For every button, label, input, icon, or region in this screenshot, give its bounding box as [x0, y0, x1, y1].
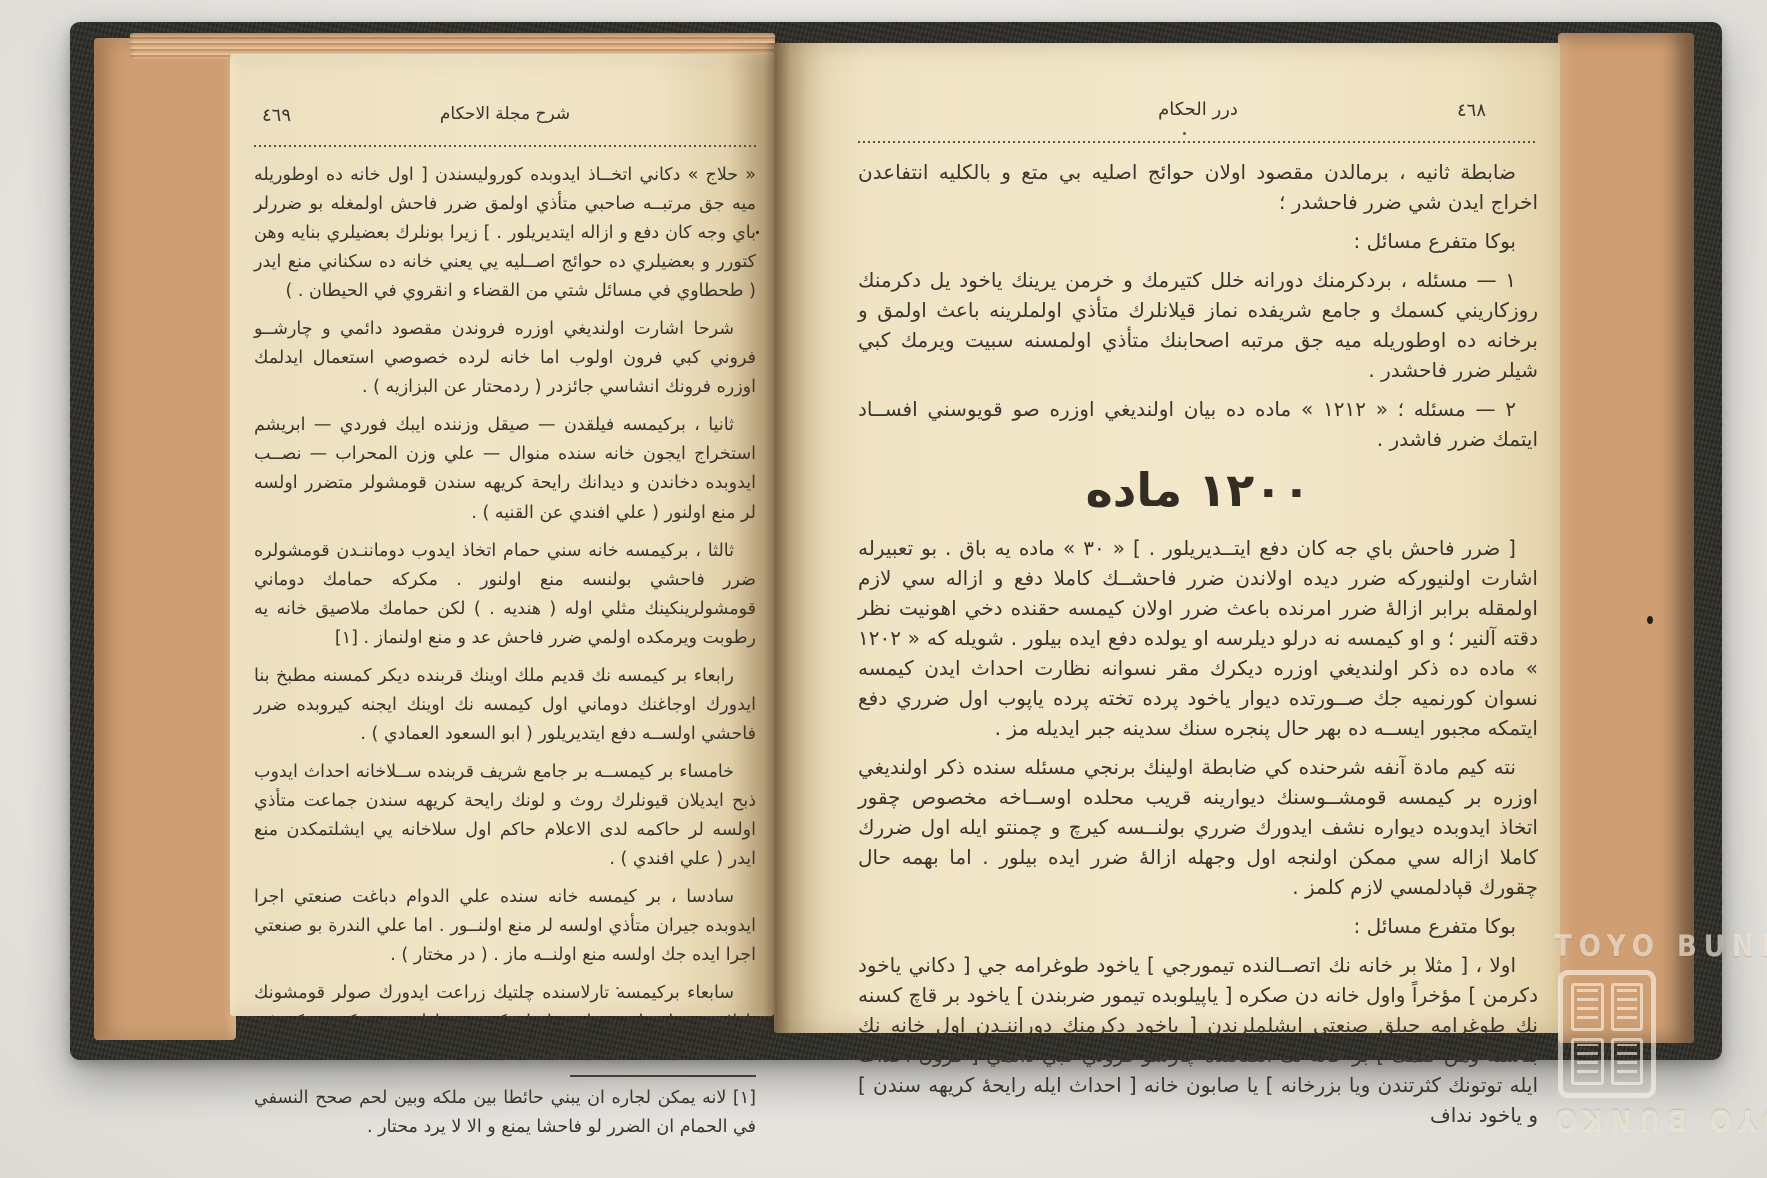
- paragraph: ١ — مسئله ، بردكرمنك دورانه خلل كتيرمك و…: [858, 265, 1538, 385]
- paragraph: سادسا ، بر كيمسه خانه سنده علي الدوام دب…: [254, 883, 756, 970]
- left-page-number: ٤٦٩: [262, 105, 291, 126]
- right-running-head: درر الحكام ٤٦٨: [858, 99, 1538, 129]
- paragraph: ٢ — مسئله ؛ « ١٢١٢ » ماده ده بيان اولندي…: [858, 394, 1538, 454]
- paragraph: [ ضرر فاحش باي جه كان دفع ايتــديريلور .…: [858, 533, 1538, 743]
- paragraph: « حلاج » دكاني اتخــاذ ايدوبده كوروليسند…: [254, 161, 756, 306]
- left-page-content: ٤٦٩ شرح مجلة الاحكام « حلاج » دكاني اتخـ…: [254, 104, 756, 1151]
- dust-speck: [616, 987, 619, 989]
- paragraph: اولا ، [ مثلا بر خانه نك اتصــالنده تيمو…: [858, 950, 1538, 1130]
- right-page-content: درر الحكام ٤٦٨ ضابطة ثانيه ، برمالدن مقص…: [858, 99, 1538, 1139]
- watermark-text-bottom: TOYO BUNKO: [1548, 1102, 1767, 1136]
- paragraph: شرحا اشارت اولنديغي اوزره فروندن مقصود د…: [254, 315, 756, 402]
- footnote-rule: [570, 1075, 756, 1077]
- paragraph: ثالثا ، بركيمسه خانه سني حمام اتخاذ ايدو…: [254, 537, 756, 653]
- paragraph: سابعاء بركيمسه تارلاسنده چلتيك زراعت ايد…: [254, 979, 756, 1066]
- section-label: بوكا متفرع مسائل :: [858, 226, 1538, 256]
- dust-speck: [1183, 132, 1186, 135]
- paragraph: خامساء بر كيمســه بر جامع شريف قربنده سـ…: [254, 758, 756, 874]
- paragraph: ثانيا ، بركيمسه فيلقدن — صيقل وزننده ايب…: [254, 411, 756, 527]
- right-page: درر الحكام ٤٦٨ ضابطة ثانيه ، برمالدن مقص…: [774, 43, 1560, 1033]
- paragraph: رابعاء بر كيمسه نك قديم ملك اوينك قربنده…: [254, 662, 756, 749]
- paragraph: نته كيم مادة آنفه شرحنده كي ضابطة اولينك…: [858, 752, 1538, 902]
- paragraph: ضابطة ثانيه ، برمالدن مقصود اولان حوائج …: [858, 157, 1538, 217]
- section-label: بوكا متفرع مسائل :: [858, 911, 1538, 941]
- photo-backdrop: ٤٦٩ شرح مجلة الاحكام « حلاج » دكاني اتخـ…: [0, 0, 1767, 1178]
- right-running-title: درر الحكام: [1158, 99, 1238, 120]
- left-running-title: شرح مجلة الاحكام: [440, 104, 570, 124]
- article-heading: ١٢٠٠ ماده: [858, 463, 1538, 517]
- right-header-rule: [858, 141, 1538, 143]
- left-page: ٤٦٩ شرح مجلة الاحكام « حلاج » دكاني اتخـ…: [230, 54, 774, 1016]
- page-edges-left: [94, 38, 236, 1040]
- dust-speck: [1647, 616, 1653, 624]
- page-edges-right: [1558, 33, 1694, 1043]
- footnote: [١] لانه يمكن لجاره ان يبني حائطا بين مل…: [254, 1084, 756, 1142]
- left-running-head: ٤٦٩ شرح مجلة الاحكام: [254, 104, 756, 133]
- dust-speck: [756, 231, 759, 234]
- right-page-number: ٤٦٨: [1457, 100, 1486, 121]
- left-header-rule: [254, 145, 756, 147]
